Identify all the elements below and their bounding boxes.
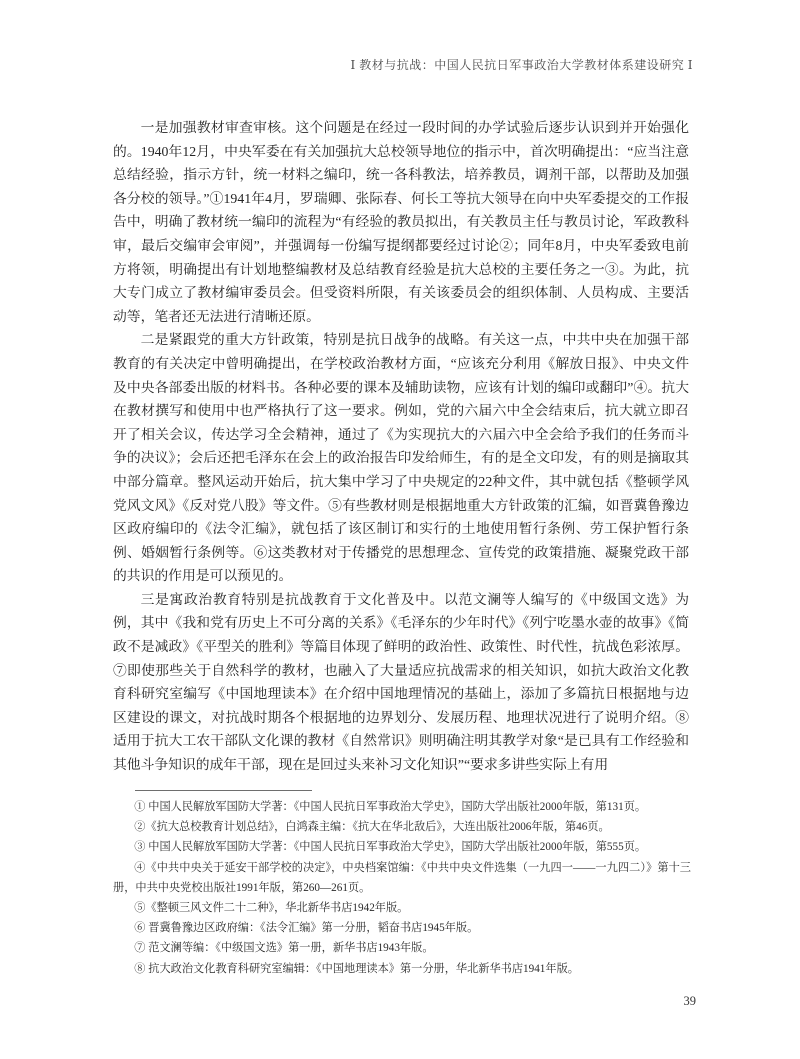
footnote-separator: [135, 790, 312, 791]
footnote-item: ③ 中国人民解放军国防大学著：《中国人民抗日军事政治大学史》，国防大学出版社20…: [113, 837, 691, 857]
page-number: 39: [684, 994, 697, 1009]
body-text: 一是加强教材审查审核。这个问题是在经过一段时间的办学试验后逐步认识到并开始强化的…: [113, 116, 689, 777]
paragraph-1: 一是加强教材审查审核。这个问题是在经过一段时间的办学试验后逐步认识到并开始强化的…: [113, 116, 689, 328]
footnote-item: ⑤《整顿三风文件二十二种》，华北新华书店1942年版。: [113, 898, 691, 918]
footnote-item: ⑦ 范文澜等编：《中级国文选》第一册，新华书店1943年版。: [113, 938, 691, 958]
paragraph-3: 三是寓政治教育特别是抗战教育于文化普及中。以范文澜等人编写的《中级国文选》为例，…: [113, 588, 689, 777]
book-page: Ⅰ 教材与抗战：中国人民抗日军事政治大学教材体系建设研究 Ⅰ 一是加强教材审查审…: [0, 0, 800, 1059]
footnote-item: ⑥ 晋冀鲁豫边区政府编：《法令汇编》第一分册，韬奋书店1945年版。: [113, 918, 691, 938]
paragraph-2: 二是紧跟党的重大方针政策，特别是抗日战争的战略。有关这一点，中共中央在加强干部教…: [113, 328, 689, 588]
footnotes: ① 中国人民解放军国防大学著：《中国人民抗日军事政治大学史》，国防大学出版社20…: [113, 797, 691, 979]
footnote-item: ④《中共中央关于延安干部学校的决定》，中央档案馆编：《中共中央文件选集（一九四一…: [113, 858, 691, 898]
footnote-item: ②《抗大总校教育计划总结》，白鸿森主编：《抗大在华北敌后》，大连出版社2006年…: [113, 817, 691, 837]
footnote-item: ① 中国人民解放军国防大学著：《中国人民抗日军事政治大学史》，国防大学出版社20…: [113, 797, 691, 817]
footnote-item: ⑧ 抗大政治文化教育科研究室编辑：《中国地理读本》第一分册，华北新华书店1941…: [113, 959, 691, 979]
running-header: Ⅰ 教材与抗战：中国人民抗日军事政治大学教材体系建设研究 Ⅰ: [351, 56, 693, 73]
